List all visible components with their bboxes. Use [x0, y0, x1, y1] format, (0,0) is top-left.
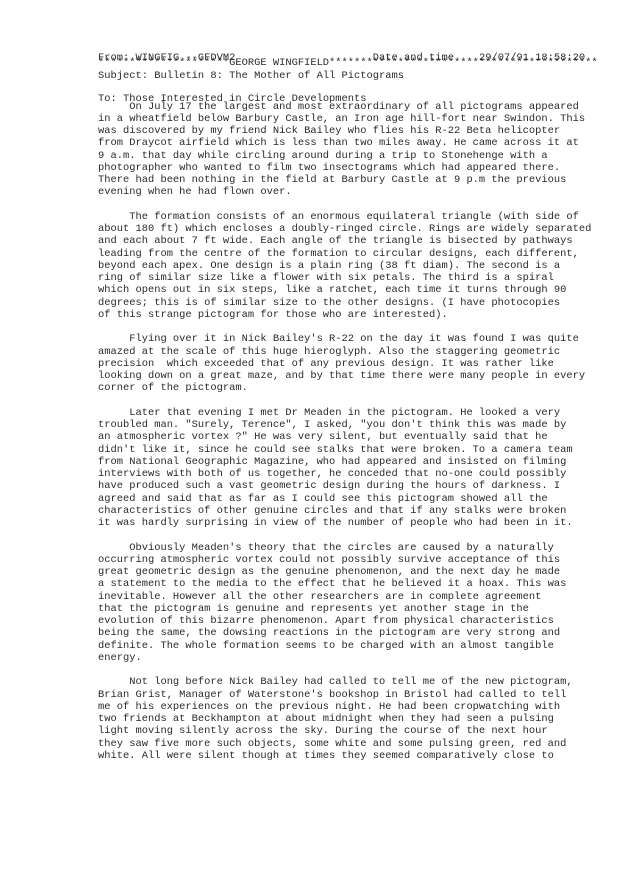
- text-line: looking down on a great maze, and by tha…: [98, 370, 591, 382]
- paragraph: Obviously Meaden's theory that the circl…: [98, 542, 591, 665]
- text-line: occurring atmospheric vortex could not p…: [98, 554, 591, 566]
- text-line: The formation consists of an enormous eq…: [98, 211, 591, 223]
- text-line: Brian Grist, Manager of Waterstone's boo…: [98, 689, 591, 701]
- text-line: a statement to the media to the effect t…: [98, 578, 591, 590]
- text-line: On July 17 the largest and most extraord…: [98, 101, 591, 113]
- text-line: from National Geographic Magazine, who h…: [98, 456, 591, 468]
- text-line: photographer who wanted to film two inse…: [98, 162, 591, 174]
- text-line: it was hardly surprising in view of the …: [98, 517, 591, 529]
- text-line: energy.: [98, 652, 591, 664]
- text-line: corner of the pictogram.: [98, 382, 591, 394]
- text-line: was discovered by my friend Nick Bailey …: [98, 125, 591, 137]
- text-line: being the same, the dowsing reactions in…: [98, 627, 591, 639]
- paragraph: Not long before Nick Bailey had called t…: [98, 676, 591, 762]
- author-banner: *********************GEORGE WINGFIELD***…: [98, 57, 598, 71]
- text-line: have produced such a vast geometric desi…: [98, 480, 591, 492]
- text-line: me of his experiences on the previous ni…: [98, 701, 591, 713]
- text-line: Flying over it in Nick Bailey's R-22 on …: [98, 333, 591, 345]
- text-line: inevitable. However all the other resear…: [98, 591, 591, 603]
- text-line: There had been nothing in the field at B…: [98, 174, 591, 186]
- text-line: ring of similar size like a flower with …: [98, 272, 591, 284]
- bulletin-body: On July 17 the largest and most extraord…: [98, 101, 591, 763]
- text-line: Not long before Nick Bailey had called t…: [98, 676, 591, 688]
- text-line: leading from the centre of the formation…: [98, 248, 591, 260]
- text-line: two friends at Beckhampton at about midn…: [98, 713, 591, 725]
- text-line: didn't like it, since he could see stalk…: [98, 444, 591, 456]
- text-line: precision which exceeded that of any pre…: [98, 358, 591, 370]
- text-line: about 180 ft) which encloses a doubly-ri…: [98, 223, 591, 235]
- text-line: troubled man. "Surely, Terence", I asked…: [98, 419, 591, 431]
- subject-label: Subject:: [98, 70, 148, 82]
- paragraph: On July 17 the largest and most extraord…: [98, 101, 591, 199]
- text-line: 9 a.m. that day while circling around du…: [98, 150, 591, 162]
- text-line: interviews with both of us together, he …: [98, 468, 591, 480]
- text-line: that the pictogram is genuine and repres…: [98, 603, 591, 615]
- text-line: evolution of this bizarre phenomenon. Ap…: [98, 615, 591, 627]
- text-line: characteristics of other genuine circles…: [98, 505, 591, 517]
- text-line: from Draycot airfield which is less than…: [98, 137, 591, 149]
- paragraph: Flying over it in Nick Bailey's R-22 on …: [98, 333, 591, 394]
- text-line: they saw five more such objects, some wh…: [98, 738, 591, 750]
- text-line: amazed at the scale of this huge hierogl…: [98, 346, 591, 358]
- text-line: of this strange pictogram for those who …: [98, 309, 591, 321]
- text-line: light moving silently across the sky. Du…: [98, 725, 591, 737]
- text-line: Later that evening I met Dr Meaden in th…: [98, 407, 591, 419]
- text-line: beyond each apex. One design is a plain …: [98, 260, 591, 272]
- paragraph: The formation consists of an enormous eq…: [98, 211, 591, 321]
- text-line: Obviously Meaden's theory that the circl…: [98, 542, 591, 554]
- subject-value: Bulletin 8: The Mother of All Pictograms: [154, 70, 404, 82]
- text-line: white. All were silent though at times t…: [98, 750, 591, 762]
- text-line: agreed and said that as far as I could s…: [98, 493, 591, 505]
- text-line: definite. The whole formation seems to b…: [98, 640, 591, 652]
- text-line: an atmospheric vortex ?" He was very sil…: [98, 431, 591, 443]
- text-line: degrees; this is of similar size to the …: [98, 297, 591, 309]
- text-line: evening when he had flown over.: [98, 186, 591, 198]
- text-line: and each about 7 ft wide. Each angle of …: [98, 235, 591, 247]
- text-line: great geometric design as the genuine ph…: [98, 566, 591, 578]
- text-line: which opens out in six steps, like a rat…: [98, 284, 591, 296]
- subject-line: Subject: Bulletin 8: The Mother of All P…: [98, 70, 404, 84]
- text-line: in a wheatfield below Barbury Castle, an…: [98, 113, 591, 125]
- paragraph: Later that evening I met Dr Meaden in th…: [98, 407, 591, 530]
